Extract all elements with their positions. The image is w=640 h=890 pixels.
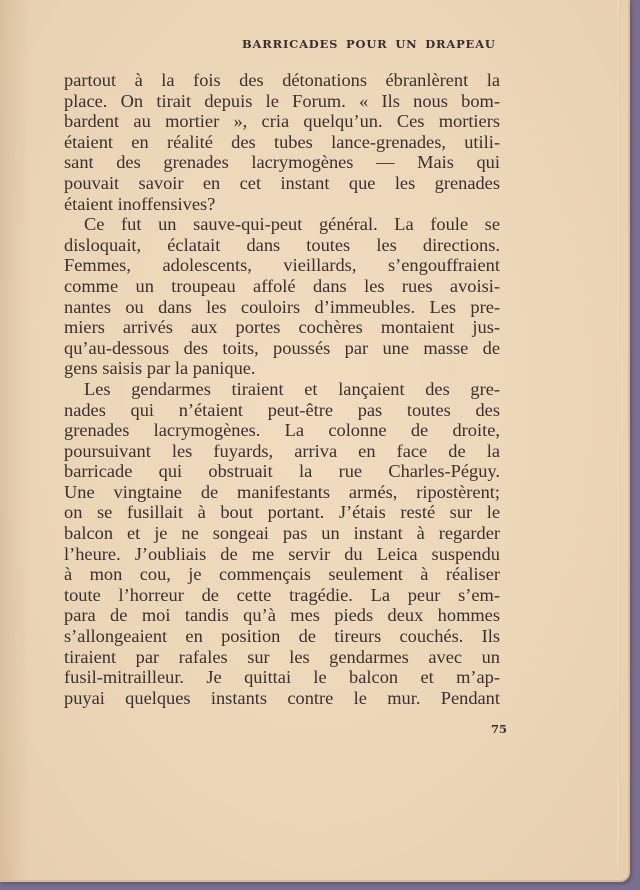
text-line: puyai quelques instants contre le mur. P…	[64, 688, 500, 709]
body-text: partout à la fois des détonations ébranl…	[64, 70, 500, 708]
text-line: nades qui n’étaient peut-être pas toutes…	[64, 400, 500, 421]
text-line: Femmes, adolescents, vieillards, s’engou…	[64, 255, 500, 276]
text-line: Ce fut un sauve-qui-peut général. La fou…	[64, 214, 500, 235]
text-line: sant des grenades lacrymogènes — Mais qu…	[64, 152, 500, 173]
text-line: grenades lacrymogènes. La colonne de dro…	[64, 420, 500, 441]
text-line: l’heure. J’oubliais de me servir du Leic…	[64, 544, 500, 565]
page-edge	[617, 0, 620, 870]
text-line: partout à la fois des détonations ébranl…	[64, 70, 500, 91]
text-line: à mon cou, je commençais seulement à réa…	[64, 564, 500, 585]
paragraph-1: partout à la fois des détonations ébranl…	[64, 70, 500, 214]
text-line: pouvait savoir en cet instant que les gr…	[64, 173, 500, 194]
spine-shadow	[0, 0, 30, 880]
page-number: 75	[491, 722, 507, 736]
paragraph-2: Ce fut un sauve-qui-peut général. La fou…	[64, 214, 500, 379]
text-line: s’allongeaient en position de tireurs co…	[64, 626, 500, 647]
text-line: Une vingtaine de manifestants armés, rip…	[64, 482, 500, 503]
text-line: para de moi tandis qu’à mes pieds deux h…	[64, 605, 500, 626]
text-line: balcon et je ne songeai pas un instant à…	[64, 523, 500, 544]
text-line: disloquait, éclatait dans toutes les dir…	[64, 235, 500, 256]
running-head: BARRICADES POUR UN DRAPEAU	[242, 37, 496, 51]
text-line: miers arrivés aux portes cochères montai…	[64, 317, 500, 338]
text-line: étaient en réalité des tubes lance-grena…	[64, 132, 500, 153]
text-line: barricade qui obstruait la rue Charles-P…	[64, 461, 500, 482]
text-line: étaient inoffensives?	[64, 194, 500, 215]
text-line: nantes ou dans les couloirs d’immeubles.…	[64, 297, 500, 318]
text-line: gens saisis par la panique.	[64, 358, 500, 379]
text-line: toute l’horreur de cette tragédie. La pe…	[64, 585, 500, 606]
book-page: BARRICADES POUR UN DRAPEAU partout à la …	[0, 0, 630, 882]
text-line: comme un troupeau affolé dans les rues a…	[64, 276, 500, 297]
text-line: tiraient par rafales sur les gendarmes a…	[64, 647, 500, 668]
text-line: qu’au-dessous des toits, poussés par une…	[64, 338, 500, 359]
text-line: fusil-mitrailleur. Je quittai le balcon …	[64, 667, 500, 688]
text-line: poursuivant les fuyards, arriva en face …	[64, 441, 500, 462]
text-line: Les gendarmes tiraient et lançaient des …	[64, 379, 500, 400]
text-line: place. On tirait depuis le Forum. « Ils …	[64, 91, 500, 112]
text-line: bardent au mortier », cria quelqu’un. Ce…	[64, 111, 500, 132]
text-line: on se fusillait à bout portant. J’étais …	[64, 502, 500, 523]
paragraph-3: Les gendarmes tiraient et lançaient des …	[64, 379, 500, 709]
